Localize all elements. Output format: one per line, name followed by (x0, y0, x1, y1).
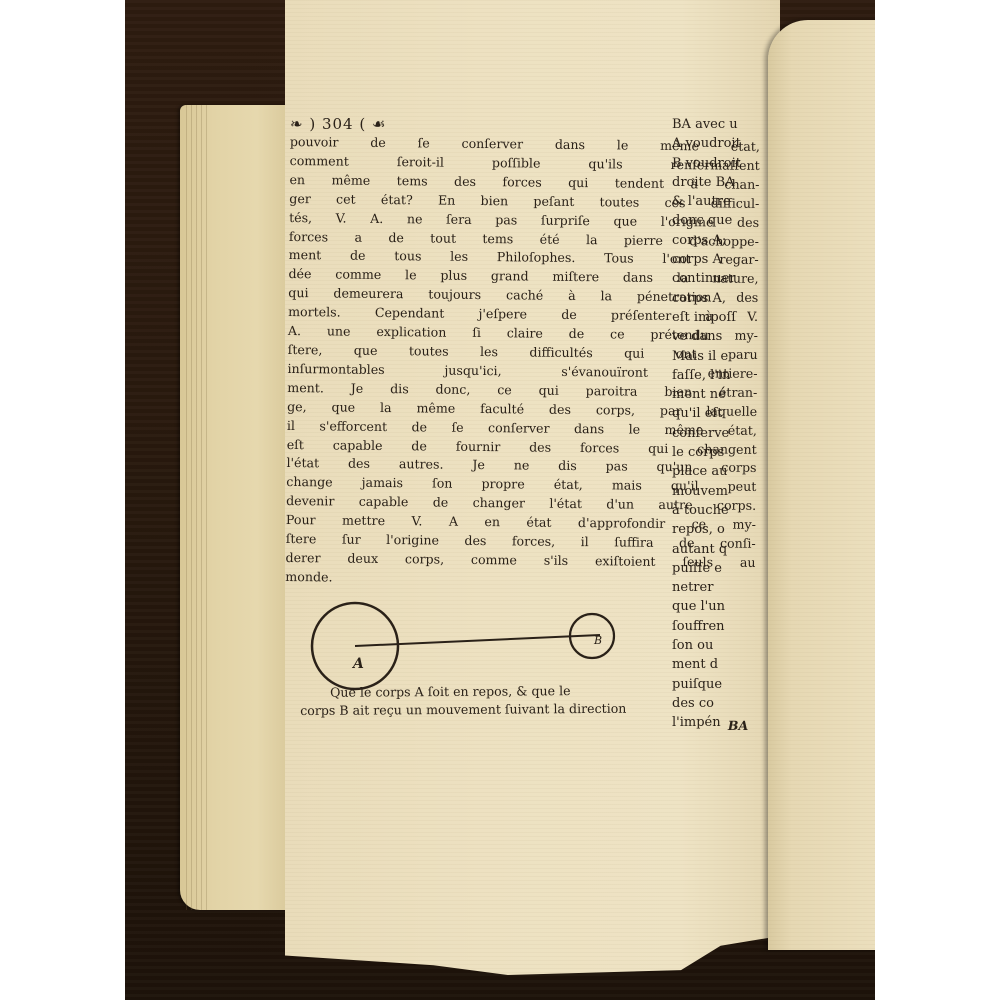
text-line: corps A, (672, 289, 750, 308)
text-line: repos, o (672, 520, 750, 539)
text-line: ment d (672, 655, 750, 674)
text-line: & l'autre (672, 192, 750, 211)
text-line: BA avec u (672, 115, 750, 134)
text-line: continuer (672, 269, 750, 288)
text-line: netrer (672, 578, 750, 597)
label-b: B (593, 634, 602, 647)
text-line: eſt impoſſ (672, 308, 750, 327)
page-header-text: ❧ ) 304 ( ☙ (290, 115, 386, 133)
text-line: corps A (672, 250, 750, 269)
text-line: autant q (672, 540, 750, 559)
circles-diagram: A B (310, 598, 630, 693)
label-a: A (351, 656, 364, 672)
text-line: à touche (672, 501, 750, 520)
text-line: ve dans (672, 327, 750, 346)
text-line: le corps (672, 443, 750, 462)
text-line: droite BA (672, 173, 750, 192)
text-line: ſouffren (672, 617, 750, 636)
line-ab (355, 635, 600, 646)
text-line: A voudroit (672, 134, 750, 153)
text-line: que l'un (672, 597, 750, 616)
text-line: qu'il eſt (672, 404, 750, 423)
text-line: donc que (672, 211, 750, 230)
page-stack-edge (180, 105, 290, 910)
right-page-body: BA avec u A voudroit B voudroit droite B… (672, 115, 750, 733)
text-line: puiſque (672, 675, 750, 694)
page-header: ❧ ) 304 ( ☙ (290, 115, 386, 133)
text-line: ment né (672, 385, 750, 404)
right-page (768, 20, 875, 950)
text-line: puiſſe e (672, 559, 750, 578)
text-line: mouvem (672, 482, 750, 501)
text-line: l'impén (672, 713, 750, 732)
text-line: place au (672, 462, 750, 481)
text-line: des co (672, 694, 750, 713)
text-line: B voudroit (672, 154, 750, 173)
text-line: faſſe, l'in (672, 366, 750, 385)
text-line: ſon ou (672, 636, 750, 655)
text-line: Mais il e (672, 347, 750, 366)
text-line: conſerve (672, 424, 750, 443)
text-line: corps A; (672, 231, 750, 250)
